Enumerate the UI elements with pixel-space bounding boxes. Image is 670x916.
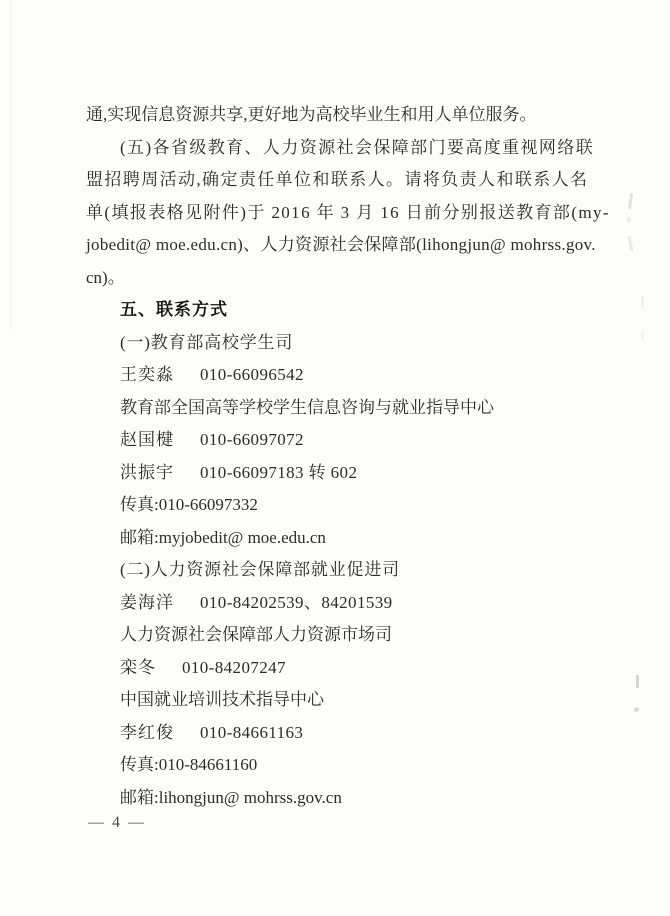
contact-phone: 010-84661163: [200, 723, 303, 742]
contact-line: 邮箱:lihongjun@ mohrss.gov.cn: [86, 782, 578, 815]
scan-artifact: [641, 330, 644, 340]
contact-line: 赵国楗010-66097072: [86, 424, 578, 457]
contact-phone: 010-66096542: [200, 365, 304, 384]
paragraph-line: 单(填报表格见附件)于 2016 年 3 月 16 日前分别报送教育部(my-: [86, 197, 578, 230]
contact-line: 李红俊010-84661163: [86, 717, 578, 750]
document-page: 通,实现信息资源共享,更好地为高校毕业生和用人单位服务。(五)各省级教育、人力资…: [0, 0, 670, 916]
contact-name: 王奕淼: [120, 365, 174, 384]
scan-edge-line: [10, 0, 11, 330]
paragraph-line: 盟招聘周活动,确定责任单位和联系人。请将负责人和联系人名: [86, 164, 578, 197]
contact-phone: 010-66097183 转 602: [200, 463, 357, 482]
scan-artifact: [636, 675, 639, 688]
scan-artifact: [628, 236, 634, 251]
contact-group-title: (一)教育部高校学生司: [86, 327, 578, 360]
contact-line: 教育部全国高等学校学生信息咨询与就业指导中心: [86, 392, 578, 425]
contact-name: 洪振宇: [120, 463, 174, 482]
paragraph-line: jobedit@ moe.edu.cn)、人力资源社会保障部(lihongjun…: [86, 229, 578, 262]
contact-name: 姜海洋: [120, 593, 174, 612]
scan-artifact: [634, 707, 639, 712]
contact-phone: 010-66097072: [200, 430, 304, 449]
paragraph-line: (五)各省级教育、人力资源社会保障部门要高度重视网络联: [86, 132, 578, 165]
contact-line: 邮箱:myjobedit@ moe.edu.cn: [86, 522, 578, 555]
contact-name: 栾冬: [120, 658, 156, 677]
page-number: — 4 —: [88, 814, 146, 832]
contact-name: 李红俊: [120, 723, 174, 742]
contact-line: 人力资源社会保障部人力资源市场司: [86, 619, 578, 652]
contact-line: 中国就业培训技术指导中心: [86, 684, 578, 717]
contact-phone: 010-84202539、84201539: [200, 593, 393, 612]
scan-artifact: [641, 296, 644, 309]
contact-phone: 010-84207247: [182, 658, 286, 677]
scan-artifact: [627, 217, 631, 222]
contact-name: 赵国楗: [120, 430, 174, 449]
document-body: 通,实现信息资源共享,更好地为高校毕业生和用人单位服务。(五)各省级教育、人力资…: [86, 99, 578, 814]
contact-line: 姜海洋010-84202539、84201539: [86, 587, 578, 620]
scan-artifact: [628, 193, 633, 209]
contact-line: 传真:010-84661160: [86, 749, 578, 782]
section-heading: 五、联系方式: [86, 294, 578, 327]
contact-line: 洪振宇010-66097183 转 602: [86, 457, 578, 490]
contact-line: 传真:010-66097332: [86, 489, 578, 522]
contact-line: 王奕淼010-66096542: [86, 359, 578, 392]
contact-line: 栾冬010-84207247: [86, 652, 578, 685]
paragraph-line: cn)。: [86, 262, 578, 295]
paragraph-line: 通,实现信息资源共享,更好地为高校毕业生和用人单位服务。: [86, 99, 578, 132]
contact-group-title: (二)人力资源社会保障部就业促进司: [86, 554, 578, 587]
